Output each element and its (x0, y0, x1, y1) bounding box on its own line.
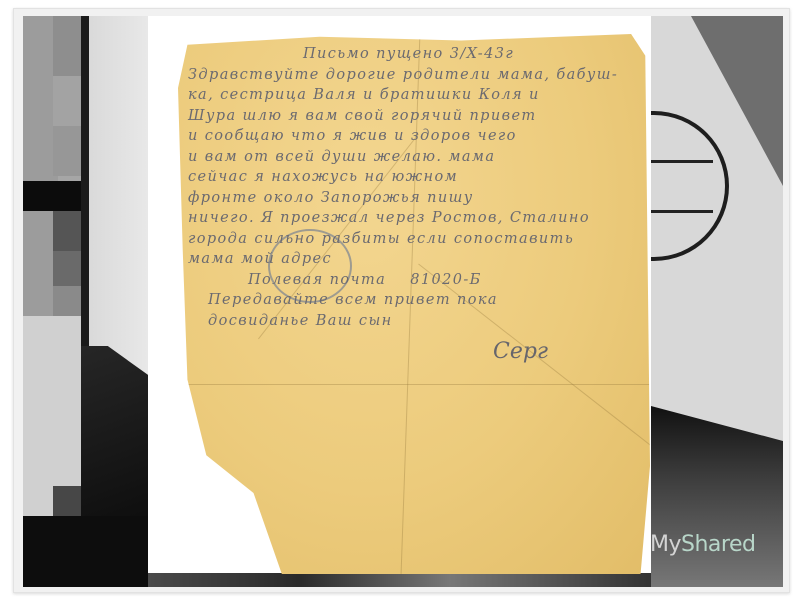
letter-closing: Передавайте всем привет пока (178, 290, 650, 311)
letter-line: мама мой адрес (178, 249, 650, 270)
address-label: Полевая почта (248, 272, 386, 288)
letter-photo-panel: Письмо пущено 3/X-43г Здравствуйте дорог… (148, 16, 651, 573)
watermark-part2: Shared (681, 532, 755, 557)
letter-line: ка, сестрица Валя и братишки Коля и (178, 85, 650, 106)
letter-closing: досвиданье Ваш сын (178, 311, 650, 332)
letter-line: города сильно разбиты если сопоставить (178, 229, 650, 250)
letter-line: и сообщаю что я жив и здоров чего (178, 126, 650, 147)
letter-paper: Письмо пущено 3/X-43г Здравствуйте дорог… (178, 34, 650, 574)
letter-line: сейчас я нахожусь на южном (178, 167, 650, 188)
letter-line: ничего. Я проезжал через Ростов, Сталино (178, 208, 650, 229)
letter-text: Письмо пущено 3/X-43г Здравствуйте дорог… (178, 44, 650, 331)
background-archive-photo-right (651, 16, 783, 587)
photo-collage: Письмо пущено 3/X-43г Здравствуйте дорог… (23, 16, 783, 587)
background-archive-photo-left (23, 16, 148, 587)
field-post-address: Полевая почта 81020-Б (178, 270, 650, 291)
signature: Серг (493, 339, 548, 364)
address-value: 81020-Б (410, 272, 481, 288)
myshared-watermark: MyShared (650, 532, 755, 557)
letter-line: и вам от всей души желаю. мама (178, 147, 650, 168)
letter-line: Здравствуйте дорогие родители мама, бабу… (178, 65, 650, 86)
letter-line: фронте около Запорожья пишу (178, 188, 650, 209)
postmark-stamp-icon (651, 111, 729, 261)
letter-line: Шура шлю я вам свой горячий привет (178, 106, 650, 127)
watermark-part1: My (650, 532, 681, 557)
letter-header: Письмо пущено 3/X-43г (178, 44, 650, 65)
